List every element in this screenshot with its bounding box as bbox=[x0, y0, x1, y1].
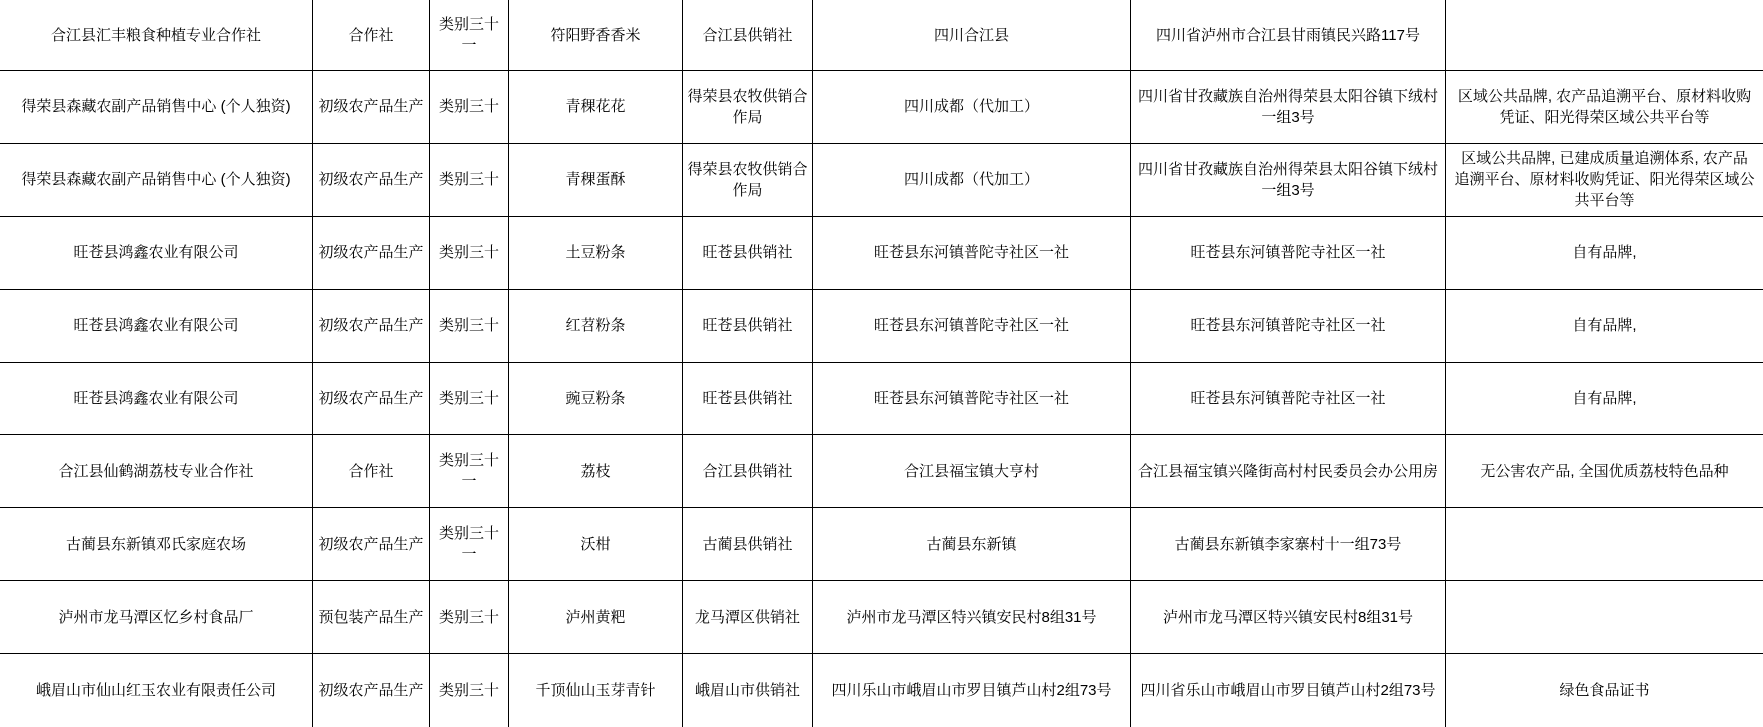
table-cell-r8-c3: 类别三十一 bbox=[430, 508, 509, 581]
table-cell-r1-c1: 合江县汇丰粮食种植专业合作社 bbox=[0, 0, 313, 71]
table-cell-r3-c3: 类别三十 bbox=[430, 144, 509, 217]
table-cell-r9-c5: 龙马潭区供销社 bbox=[683, 581, 813, 654]
table-cell-r9-c7: 泸州市龙马潭区特兴镇安民村8组31号 bbox=[1131, 581, 1446, 654]
table-cell-r10-c2: 初级农产品生产 bbox=[313, 654, 430, 727]
table-cell-r10-c1: 峨眉山市仙山红玉农业有限责任公司 bbox=[0, 654, 313, 727]
table-cell-r7-c7: 合江县福宝镇兴隆街高村村民委员会办公用房 bbox=[1131, 435, 1446, 508]
table-cell-r2-c7: 四川省甘孜藏族自治州得荣县太阳谷镇下绒村一组3号 bbox=[1131, 71, 1446, 144]
table-cell-r4-c5: 旺苍县供销社 bbox=[683, 217, 813, 290]
table-cell-r9-c4: 泸州黄粑 bbox=[509, 581, 683, 654]
table-cell-r7-c8: 无公害农产品, 全国优质荔枝特色品种 bbox=[1446, 435, 1763, 508]
table-cell-r5-c4: 红苕粉条 bbox=[509, 290, 683, 363]
table-cell-r2-c4: 青稞花花 bbox=[509, 71, 683, 144]
table-cell-r5-c6: 旺苍县东河镇普陀寺社区一社 bbox=[813, 290, 1131, 363]
table-cell-r3-c1: 得荣县森藏农副产品销售中心 (个人独资) bbox=[0, 144, 313, 217]
table-cell-r8-c8 bbox=[1446, 508, 1763, 581]
table-cell-r5-c2: 初级农产品生产 bbox=[313, 290, 430, 363]
table-cell-r6-c7: 旺苍县东河镇普陀寺社区一社 bbox=[1131, 363, 1446, 436]
table-cell-r2-c3: 类别三十 bbox=[430, 71, 509, 144]
table-cell-r8-c2: 初级农产品生产 bbox=[313, 508, 430, 581]
table-cell-r7-c2: 合作社 bbox=[313, 435, 430, 508]
table-cell-r5-c3: 类别三十 bbox=[430, 290, 509, 363]
table-cell-r8-c6: 古蔺县东新镇 bbox=[813, 508, 1131, 581]
table-cell-r6-c8: 自有品牌, bbox=[1446, 363, 1763, 436]
table-cell-r1-c5: 合江县供销社 bbox=[683, 0, 813, 71]
table-cell-r7-c1: 合江县仙鹤湖荔枝专业合作社 bbox=[0, 435, 313, 508]
table-cell-r4-c3: 类别三十 bbox=[430, 217, 509, 290]
table-cell-r3-c5: 得荣县农牧供销合作局 bbox=[683, 144, 813, 217]
table-cell-r6-c6: 旺苍县东河镇普陀寺社区一社 bbox=[813, 363, 1131, 436]
table-cell-r10-c7: 四川省乐山市峨眉山市罗目镇芦山村2组73号 bbox=[1131, 654, 1446, 727]
table-cell-r4-c6: 旺苍县东河镇普陀寺社区一社 bbox=[813, 217, 1131, 290]
table-cell-r4-c8: 自有品牌, bbox=[1446, 217, 1763, 290]
table-cell-r6-c4: 豌豆粉条 bbox=[509, 363, 683, 436]
table-cell-r6-c2: 初级农产品生产 bbox=[313, 363, 430, 436]
table-cell-r8-c1: 古蔺县东新镇邓氏家庭农场 bbox=[0, 508, 313, 581]
table-cell-r9-c6: 泸州市龙马潭区特兴镇安民村8组31号 bbox=[813, 581, 1131, 654]
table-cell-r6-c3: 类别三十 bbox=[430, 363, 509, 436]
table-cell-r5-c5: 旺苍县供销社 bbox=[683, 290, 813, 363]
table-cell-r10-c3: 类别三十 bbox=[430, 654, 509, 727]
table-cell-r8-c4: 沃柑 bbox=[509, 508, 683, 581]
table-cell-r1-c8 bbox=[1446, 0, 1763, 71]
table-cell-r9-c8 bbox=[1446, 581, 1763, 654]
table-cell-r10-c8: 绿色食品证书 bbox=[1446, 654, 1763, 727]
table-cell-r7-c6: 合江县福宝镇大亨村 bbox=[813, 435, 1131, 508]
table-cell-r7-c3: 类别三十一 bbox=[430, 435, 509, 508]
table-cell-r2-c5: 得荣县农牧供销合作局 bbox=[683, 71, 813, 144]
table-cell-r1-c6: 四川合江县 bbox=[813, 0, 1131, 71]
table-cell-r10-c4: 千顶仙山玉芽青针 bbox=[509, 654, 683, 727]
table-cell-r9-c3: 类别三十 bbox=[430, 581, 509, 654]
table-cell-r5-c7: 旺苍县东河镇普陀寺社区一社 bbox=[1131, 290, 1446, 363]
table-cell-r3-c7: 四川省甘孜藏族自治州得荣县太阳谷镇下绒村一组3号 bbox=[1131, 144, 1446, 217]
table-cell-r5-c1: 旺苍县鸿鑫农业有限公司 bbox=[0, 290, 313, 363]
cooperative-products-table: 合江县汇丰粮食种植专业合作社合作社类别三十一符阳野香香米合江县供销社四川合江县四… bbox=[0, 0, 1763, 727]
table-cell-r1-c3: 类别三十一 bbox=[430, 0, 509, 71]
table-cell-r2-c2: 初级农产品生产 bbox=[313, 71, 430, 144]
table-cell-r3-c4: 青稞蛋酥 bbox=[509, 144, 683, 217]
table-cell-r8-c7: 古蔺县东新镇李家寨村十一组73号 bbox=[1131, 508, 1446, 581]
table-cell-r6-c1: 旺苍县鸿鑫农业有限公司 bbox=[0, 363, 313, 436]
table-cell-r2-c1: 得荣县森藏农副产品销售中心 (个人独资) bbox=[0, 71, 313, 144]
table-cell-r3-c2: 初级农产品生产 bbox=[313, 144, 430, 217]
table-cell-r1-c2: 合作社 bbox=[313, 0, 430, 71]
table-cell-r4-c2: 初级农产品生产 bbox=[313, 217, 430, 290]
table-cell-r7-c5: 合江县供销社 bbox=[683, 435, 813, 508]
table-cell-r9-c1: 泸州市龙马潭区忆乡村食品厂 bbox=[0, 581, 313, 654]
table-cell-r1-c7: 四川省泸州市合江县甘雨镇民兴路117号 bbox=[1131, 0, 1446, 71]
table-cell-r5-c8: 自有品牌, bbox=[1446, 290, 1763, 363]
table-cell-r6-c5: 旺苍县供销社 bbox=[683, 363, 813, 436]
table-cell-r9-c2: 预包装产品生产 bbox=[313, 581, 430, 654]
table-cell-r2-c6: 四川成都（代加工） bbox=[813, 71, 1131, 144]
table-cell-r10-c6: 四川乐山市峨眉山市罗目镇芦山村2组73号 bbox=[813, 654, 1131, 727]
table-cell-r8-c5: 古蔺县供销社 bbox=[683, 508, 813, 581]
table-cell-r3-c8: 区域公共品牌, 已建成质量追溯体系, 农产品追溯平台、原材料收购凭证、阳光得荣区… bbox=[1446, 144, 1763, 217]
table-cell-r2-c8: 区域公共品牌, 农产品追溯平台、原材料收购凭证、阳光得荣区域公共平台等 bbox=[1446, 71, 1763, 144]
table-cell-r4-c4: 土豆粉条 bbox=[509, 217, 683, 290]
table-cell-r10-c5: 峨眉山市供销社 bbox=[683, 654, 813, 727]
table-cell-r1-c4: 符阳野香香米 bbox=[509, 0, 683, 71]
table-cell-r4-c7: 旺苍县东河镇普陀寺社区一社 bbox=[1131, 217, 1446, 290]
table-cell-r4-c1: 旺苍县鸿鑫农业有限公司 bbox=[0, 217, 313, 290]
table-cell-r3-c6: 四川成都（代加工） bbox=[813, 144, 1131, 217]
table-cell-r7-c4: 荔枝 bbox=[509, 435, 683, 508]
